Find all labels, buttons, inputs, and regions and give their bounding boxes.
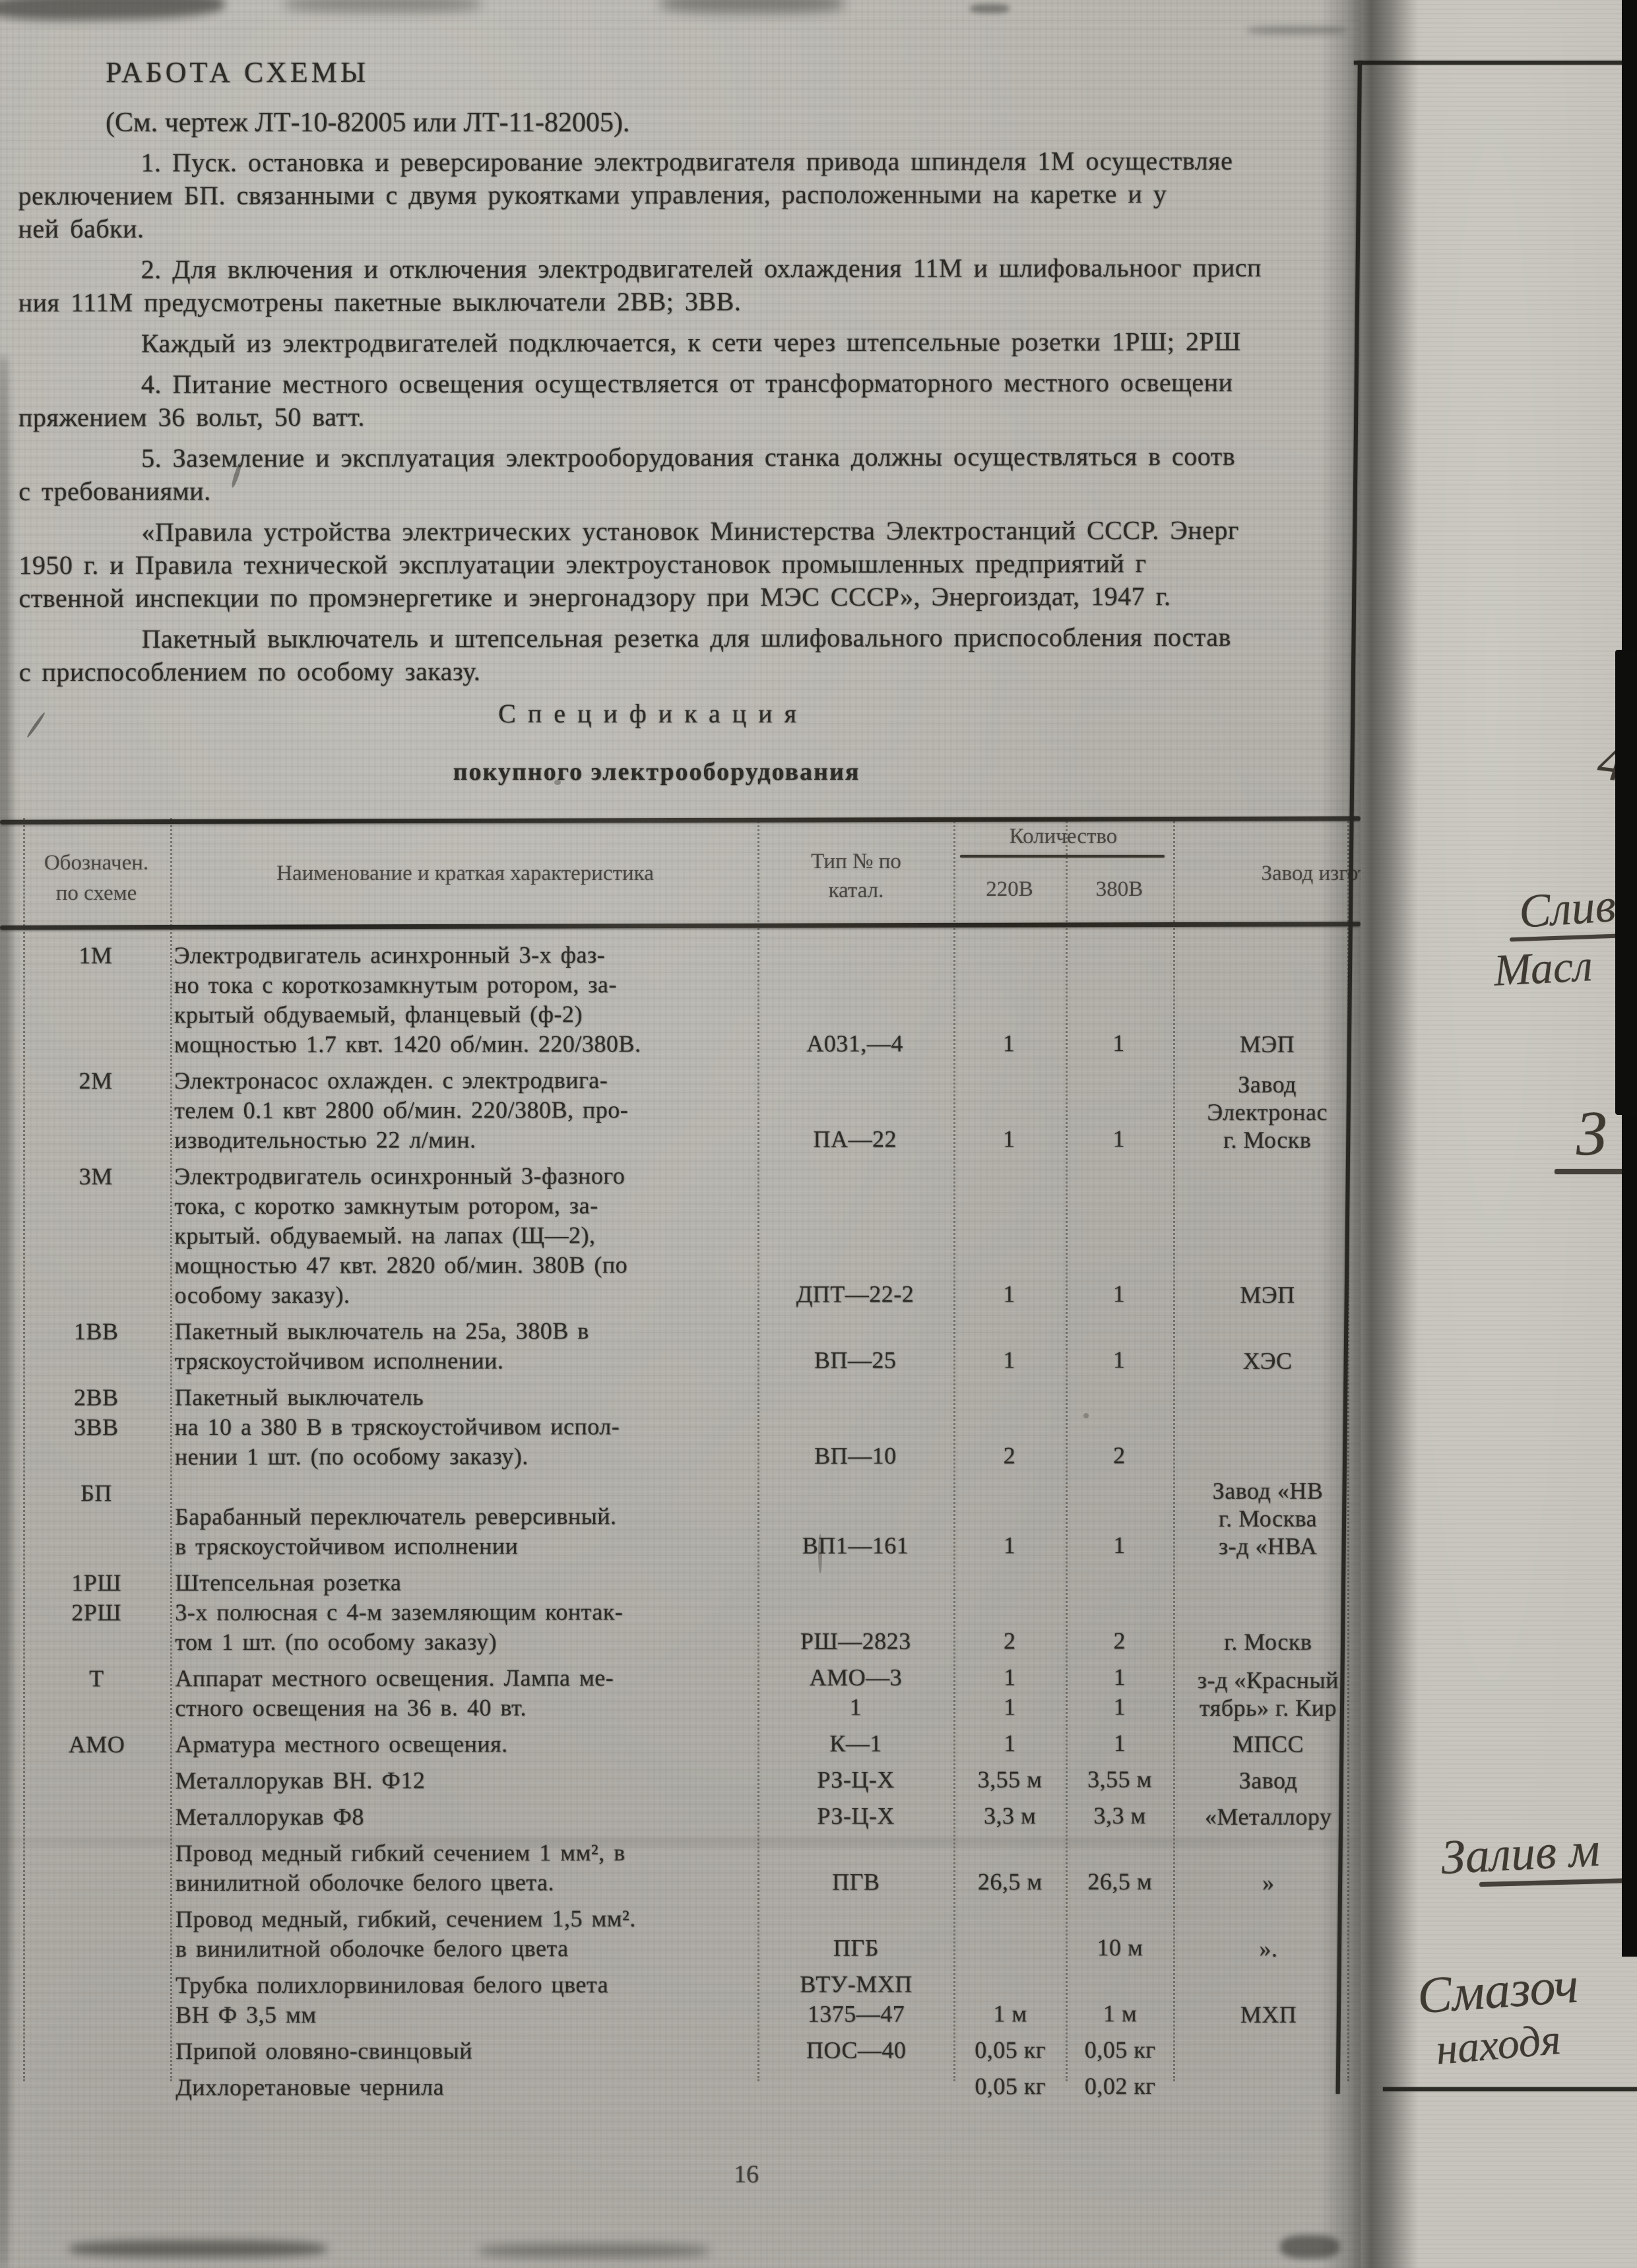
row-designation: 1М <box>22 941 169 970</box>
row-description: Электродвигатель осинхронный 3-фазного т… <box>174 1161 757 1310</box>
row-description: Пакетный выключатель на 25а, 380В в тряс… <box>175 1316 757 1376</box>
paragraph-line: ственной инспекции по промэнергетике и э… <box>18 579 1361 615</box>
row-type: ПГБ <box>758 1933 954 1963</box>
row-type: К—1 <box>757 1728 953 1758</box>
header-type-line2: катал. <box>759 879 953 903</box>
section-heading: РАБОТА СХЕМЫ <box>106 55 369 89</box>
table-header-rule <box>0 922 1361 929</box>
row-type: А031,—4 <box>757 1028 953 1058</box>
header-quantity: Количество <box>953 825 1173 849</box>
row-factory: Завод «НВ г. Москва з-д «НВА <box>1173 1477 1361 1560</box>
row-qty-220v: 2 <box>953 1441 1066 1470</box>
row-qty-220v: 0,05 кг <box>954 2035 1066 2065</box>
row-qty-220v: 1 1 <box>953 1662 1066 1722</box>
row-factory: з-д «Красный тябрь» г. Кир <box>1173 1666 1361 1722</box>
row-description: Аппарат местного освещения. Лампа ме- ст… <box>175 1663 757 1723</box>
body-text: 1. Пуск. остановка и реверсирование элек… <box>18 144 1361 689</box>
drawing-reference: (См. чертеж ЛТ-10-82005 или ЛТ-11-82005)… <box>106 107 629 139</box>
paragraph-line: «Правила устройства электрических устано… <box>141 513 1361 549</box>
row-qty-220v: 1 м <box>954 1999 1066 2029</box>
table-top-rule <box>0 816 1361 824</box>
table-row: 3МЭлектродвигатель осинхронный 3-фазного… <box>22 1160 1361 1311</box>
quantity-underline <box>960 855 1165 858</box>
paragraph-line: реключением БП. связанными с двумя рукоя… <box>18 177 1361 212</box>
table-row: 1РШ 2РШШтепсельная розетка 3-х полюсная … <box>23 1567 1361 1658</box>
row-qty-380v: 1 <box>1065 1124 1172 1154</box>
scanned-document: РАБОТА СХЕМЫ (См. чертеж ЛТ-10-82005 или… <box>0 0 1637 2268</box>
table-row: АМОАрматура местного освещения.К—111МПСС <box>23 1728 1361 1760</box>
row-factory: Завод Электронас г. Москв <box>1172 1071 1361 1154</box>
paragraph-line: с требованиями. <box>18 472 1361 508</box>
row-qty-220v: 1 <box>953 1530 1066 1560</box>
row-designation: 2ВВ 3ВВ <box>23 1383 170 1442</box>
table-row: ТАппарат местного освещения. Лампа ме- с… <box>23 1662 1361 1724</box>
table-row: 2МЭлектронасос охлажден. с электродвига-… <box>22 1065 1361 1156</box>
row-qty-380v: 1 <box>1065 1279 1172 1309</box>
handwritten-note-sliv: Слив <box>1517 878 1617 939</box>
facing-frame-top <box>1354 61 1637 65</box>
paragraph-line: 1. Пуск. остановка и реверсирование элек… <box>141 144 1361 179</box>
table-row: Провод медный, гибкий, сечением 1,5 мм².… <box>24 1903 1361 1965</box>
paragraph-line: пряжением 36 вольт, 50 ватт. <box>18 398 1361 434</box>
row-description: Штепсельная розетка 3-х полюсная с 4-м з… <box>175 1567 757 1657</box>
row-type: ПГВ <box>758 1867 954 1897</box>
handwritten-note-zaliv: Залив м <box>1440 1822 1601 1886</box>
paragraph-line: 2. Для включения и отключения электродви… <box>141 251 1361 286</box>
row-qty-380v: 3,55 м <box>1066 1765 1174 1794</box>
row-type: ВП—10 <box>757 1441 953 1470</box>
row-qty-220v: 26,5 м <box>954 1867 1066 1897</box>
paragraph-line: 4. Питание местного освещения осуществля… <box>141 365 1361 401</box>
spec-table-body: 1МЭлектродвигатель асинхронный 3-х фаз- … <box>22 939 1361 2110</box>
paragraph-line: Пакетный выключатель и штепсельная резет… <box>142 620 1361 656</box>
row-type: ДПТ—22-2 <box>757 1279 953 1309</box>
row-qty-380v: 10 м <box>1066 1933 1174 1963</box>
row-factory: Завод <box>1174 1767 1361 1794</box>
row-qty-220v: 1 <box>953 1728 1066 1758</box>
row-factory: МХП <box>1174 2001 1361 2029</box>
table-row: Провод медный гибкий сечением 1 мм², в в… <box>24 1837 1361 1899</box>
paragraph-line: Каждый из электродвигателей подключается… <box>141 325 1361 360</box>
header-380v: 380В <box>1066 877 1173 902</box>
row-qty-220v: 3,55 м <box>954 1765 1066 1794</box>
row-designation: 3М <box>22 1162 169 1191</box>
spec-subtitle: покупного электрооборудования <box>0 757 1313 786</box>
row-factory: ». <box>1174 1935 1361 1963</box>
row-designation: 1ВВ <box>23 1317 170 1346</box>
row-factory: МЭП <box>1172 1030 1361 1058</box>
row-qty-220v: 1 <box>953 1124 1065 1154</box>
paragraph-line: ния 111М предусмотрены пакетные выключат… <box>18 284 1361 319</box>
row-factory: МПСС <box>1173 1730 1361 1758</box>
row-description: Припой оловяно-свинцовый <box>176 2036 758 2066</box>
row-qty-380v: 1 <box>1065 1028 1172 1058</box>
paragraph-line: с приспособлением по особому заказу. <box>19 653 1361 689</box>
table-row: Металлорукав Ф8РЗ-Ц-Х3,3 м3,3 м«Металлор… <box>24 1801 1361 1833</box>
row-qty-380v: 3,3 м <box>1066 1801 1174 1831</box>
row-type: ВП1—161 <box>757 1530 953 1560</box>
row-factory: г. Москв <box>1173 1628 1361 1656</box>
row-description: Пакетный выключатель на 10 а 380 В в тря… <box>175 1382 757 1472</box>
row-qty-220v: 1 <box>953 1279 1065 1309</box>
table-row: Дихлоретановые чернила0,05 кг0,02 кг <box>24 2071 1361 2103</box>
handwritten-note-masl: Масл <box>1493 939 1593 997</box>
row-qty-380v: 1 <box>1066 1530 1173 1560</box>
row-qty-380v: 1 1 <box>1066 1662 1173 1722</box>
page-number: 16 <box>734 2160 759 2189</box>
row-description: Трубка полихлорвиниловая белого цвета ВН… <box>176 1970 758 2030</box>
row-type: РШ—2823 <box>757 1626 953 1656</box>
facing-frame-bottom <box>1383 2087 1637 2091</box>
table-row: 1МЭлектродвигатель асинхронный 3-х фаз- … <box>22 939 1361 1060</box>
row-designation: БП <box>23 1478 170 1508</box>
row-qty-380v: 2 <box>1066 1626 1173 1656</box>
row-type: ПА—22 <box>757 1124 953 1154</box>
row-description: Арматура местного освещения. <box>175 1729 757 1759</box>
header-type-line1: Тип № по <box>759 850 953 874</box>
row-description: Провод медный, гибкий, сечением 1,5 мм².… <box>176 1904 758 1964</box>
row-type: ВТУ-МХП 1375—47 <box>758 1969 954 2029</box>
row-qty-220v: 1 <box>953 1345 1066 1375</box>
row-description: Провод медный гибкий сечением 1 мм², в в… <box>176 1838 758 1898</box>
row-type: ПОС—40 <box>758 2035 954 2065</box>
row-description: Барабанный переключатель реверсивный. в … <box>175 1501 757 1561</box>
row-description: Металлорукав ВН. Ф12 <box>176 1765 758 1796</box>
header-designation-line2: по схеме <box>23 881 170 906</box>
table-row: Трубка полихлорвиниловая белого цвета ВН… <box>24 1969 1361 2031</box>
row-description: Металлорукав Ф8 <box>176 1802 758 1832</box>
row-qty-220v: 1 <box>953 1028 1065 1058</box>
row-qty-220v: 2 <box>953 1626 1066 1656</box>
handwritten-note-z: З <box>1574 1096 1608 1170</box>
row-qty-220v: 3,3 м <box>954 1801 1066 1831</box>
row-factory: «Металлору <box>1174 1803 1361 1831</box>
table-row: Припой оловяно-свинцовыйПОС—400,05 кг0,0… <box>24 2035 1361 2067</box>
paragraph-line: 5. Заземление и эксплуатация электрообор… <box>141 439 1361 475</box>
row-qty-380v: 2 <box>1066 1441 1173 1470</box>
paragraph-line: 1950 г. и Правила технической эксплуатац… <box>18 546 1361 582</box>
row-factory: МЭП <box>1172 1281 1361 1309</box>
header-name: Наименование и краткая характеристика <box>185 862 746 886</box>
paragraph-line: ней бабки. <box>18 210 1361 245</box>
header-220v: 220В <box>953 877 1066 902</box>
row-qty-380v: 0,02 кг <box>1066 2071 1174 2101</box>
row-description: Электронасос охлажден. с электродвига- т… <box>174 1065 757 1155</box>
row-qty-220v: 0,05 кг <box>954 2071 1066 2101</box>
row-designation: 2М <box>22 1066 169 1096</box>
handwritten-underline <box>1555 1169 1632 1174</box>
row-designation: Т <box>23 1664 170 1693</box>
row-qty-380v: 0,05 кг <box>1066 2035 1174 2065</box>
row-type: РЗ-Ц-Х <box>758 1801 954 1831</box>
book-page: РАБОТА СХЕМЫ (См. чертеж ЛТ-10-82005 или… <box>0 0 1361 2268</box>
header-designation-line1: Обозначен. <box>23 851 170 875</box>
table-row: 1ВВПакетный выключатель на 25а, 380В в т… <box>23 1315 1361 1377</box>
row-factory: ХЭС <box>1173 1347 1361 1375</box>
row-type: АМО—3 1 <box>757 1662 953 1722</box>
row-qty-380v: 26,5 м <box>1066 1867 1174 1897</box>
table-row: 2ВВ 3ВВПакетный выключатель на 10 а 380 … <box>23 1381 1361 1472</box>
spec-title: Спецификация <box>0 698 1306 729</box>
row-description: Дихлоретановые чернила <box>176 2072 758 2102</box>
row-qty-380v: 1 <box>1066 1728 1173 1758</box>
row-designation: АМО <box>23 1730 170 1759</box>
row-type: ВП—25 <box>757 1345 953 1375</box>
row-designation: 1РШ 2РШ <box>23 1568 170 1627</box>
scan-edge-band <box>1615 650 1637 1115</box>
row-factory: » <box>1174 1869 1361 1897</box>
header-factory: Завод изгото <box>1181 862 1361 886</box>
table-row: БПБарабанный переключатель реверсивный. … <box>23 1477 1361 1562</box>
row-qty-380v: 1 м <box>1066 1999 1174 2029</box>
row-description: Электродвигатель асинхронный 3-х фаз- но… <box>174 940 757 1059</box>
table-row: Металлорукав ВН. Ф12РЗ-Ц-Х3,55 м3,55 мЗа… <box>24 1765 1361 1796</box>
row-type: РЗ-Ц-Х <box>758 1765 954 1794</box>
row-qty-380v: 1 <box>1066 1345 1173 1375</box>
